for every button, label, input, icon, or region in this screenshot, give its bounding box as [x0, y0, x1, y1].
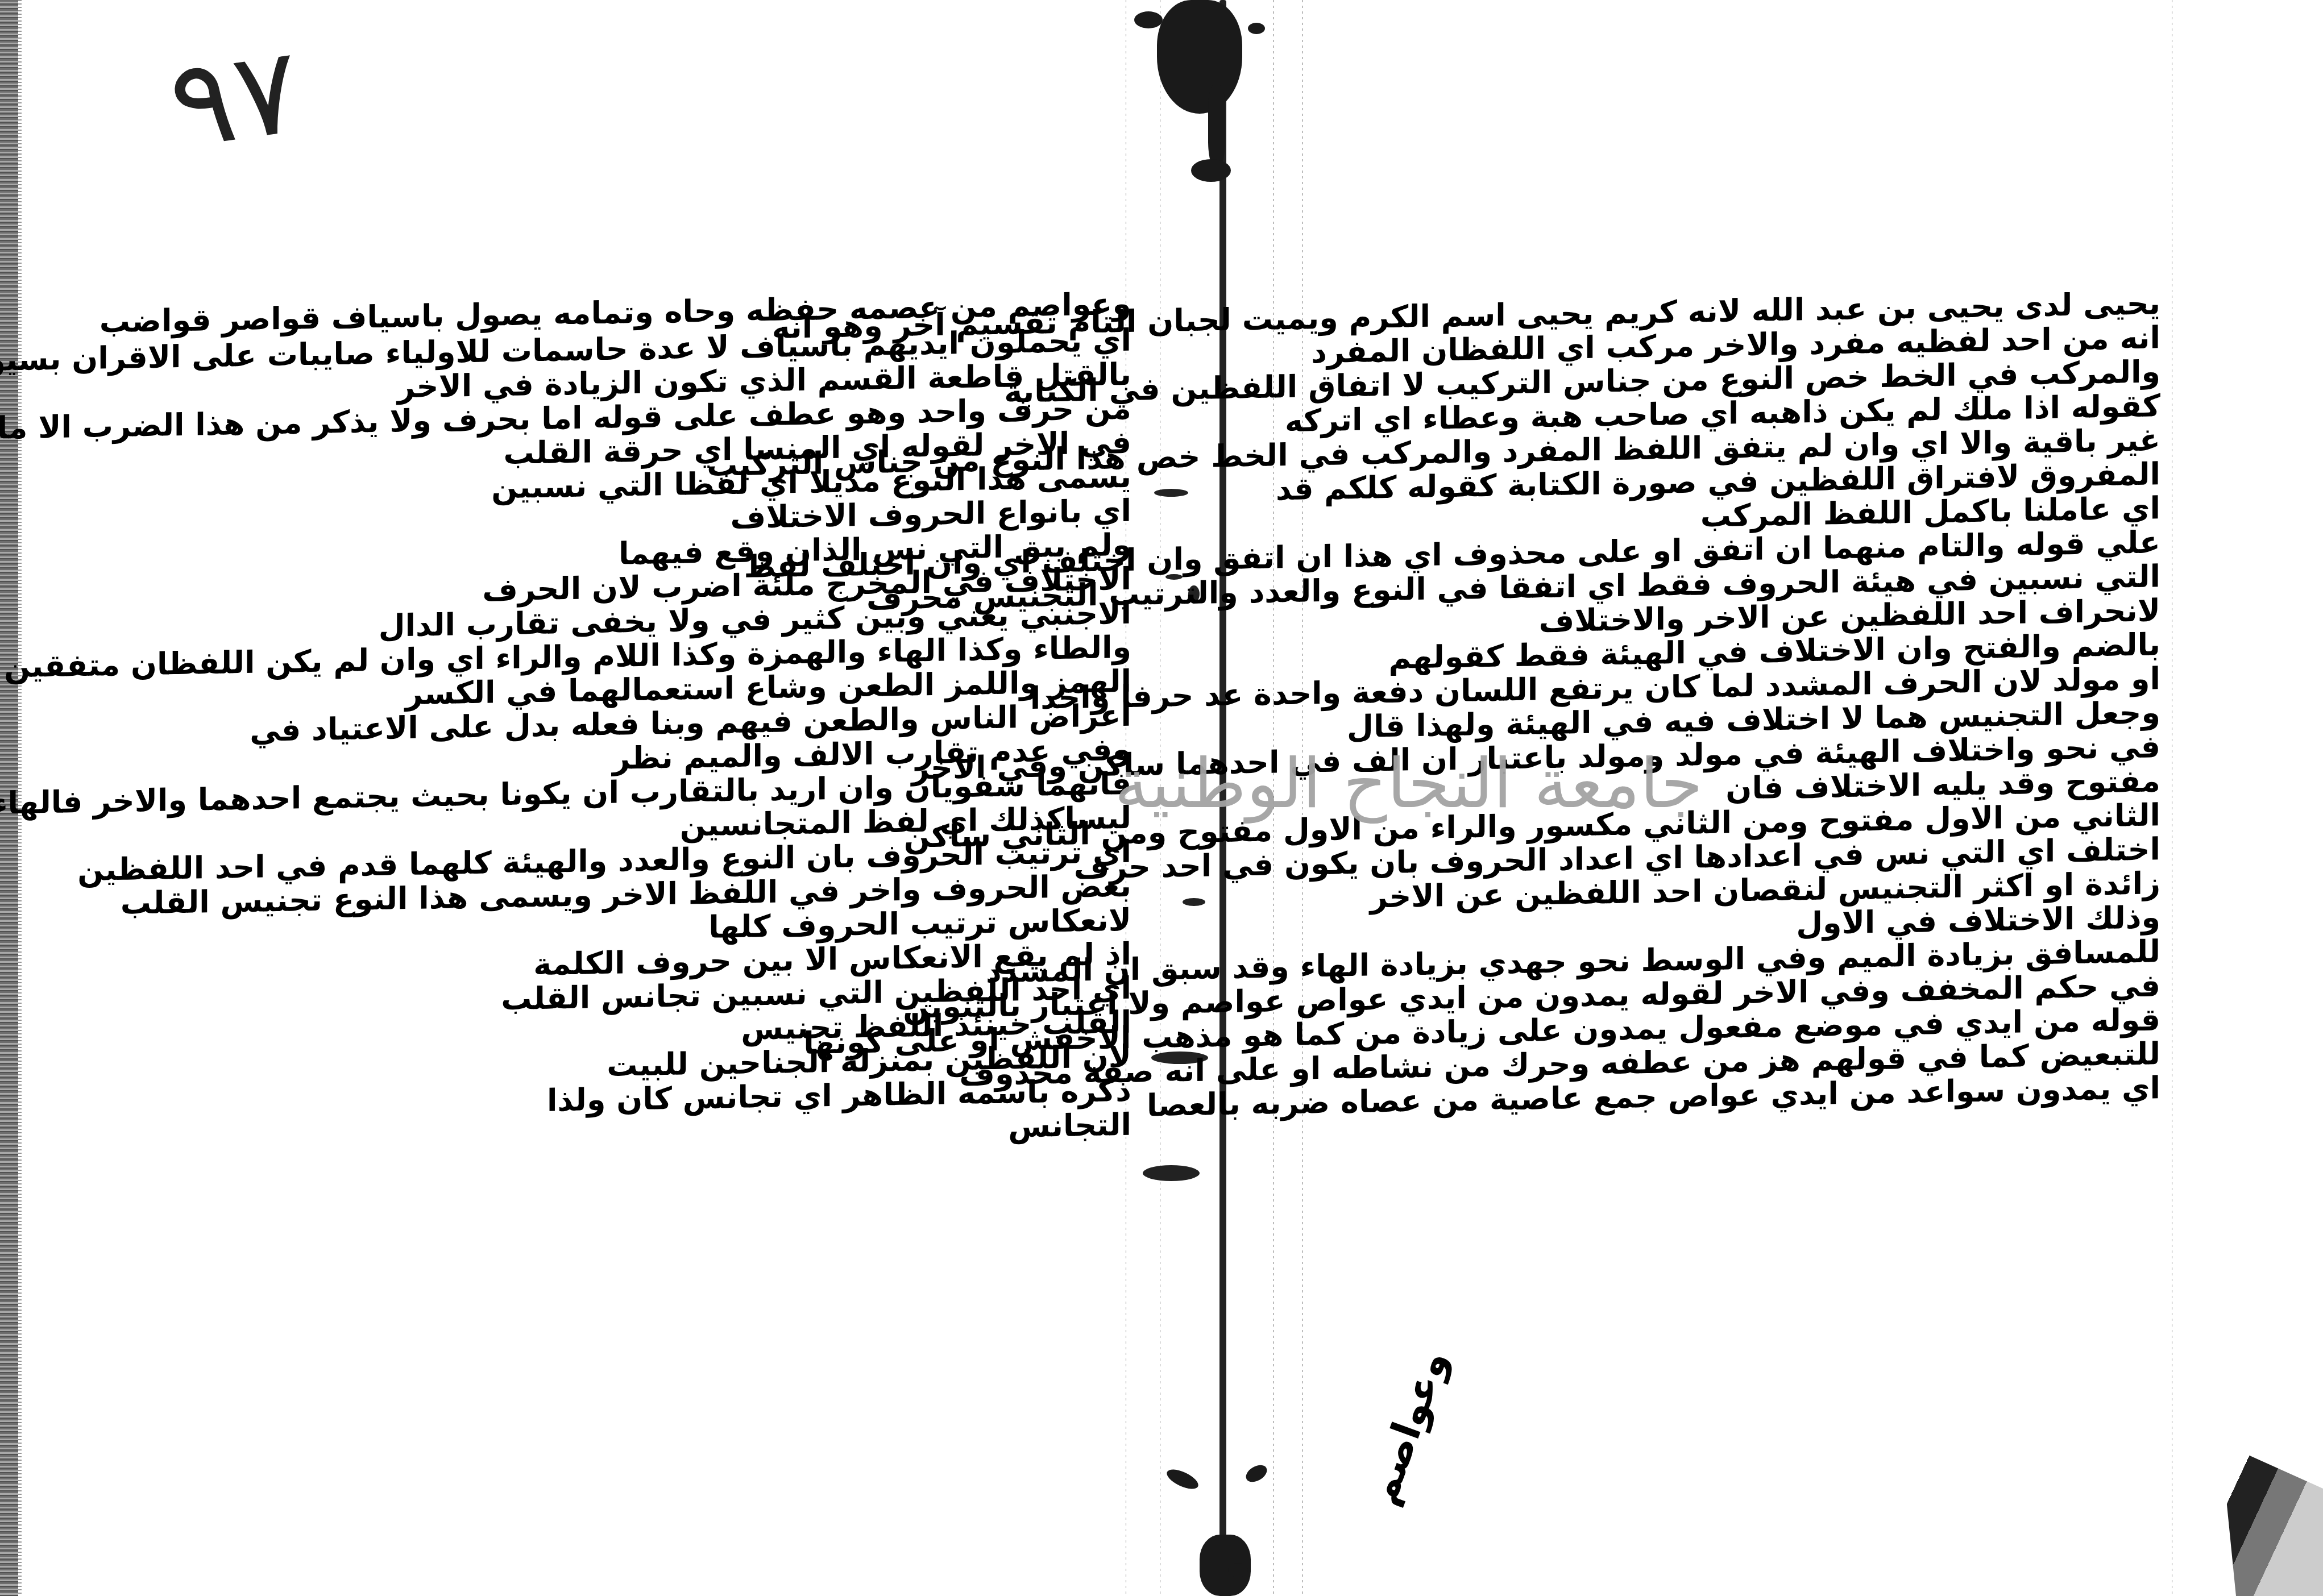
- library-watermark: جامعة النجاح الوطنية: [1114, 745, 1703, 824]
- ink-blot-top: [1123, 0, 1271, 199]
- gutter-mark: [1183, 898, 1205, 906]
- folio-number: ٩٧: [161, 20, 308, 176]
- book-corner-bottom-right: [2221, 1443, 2323, 1596]
- margin-rule: [2172, 0, 2172, 1596]
- ink-blot-bottom: [1137, 1364, 1273, 1596]
- catchword: وعواصم: [1358, 1344, 1457, 1511]
- right-page: يحيى لدى يحيى بن عبد الله لانه كريم يحيى…: [1330, 296, 2160, 1114]
- gutter-mark: [1154, 489, 1188, 497]
- gutter-mark: [1143, 1165, 1200, 1181]
